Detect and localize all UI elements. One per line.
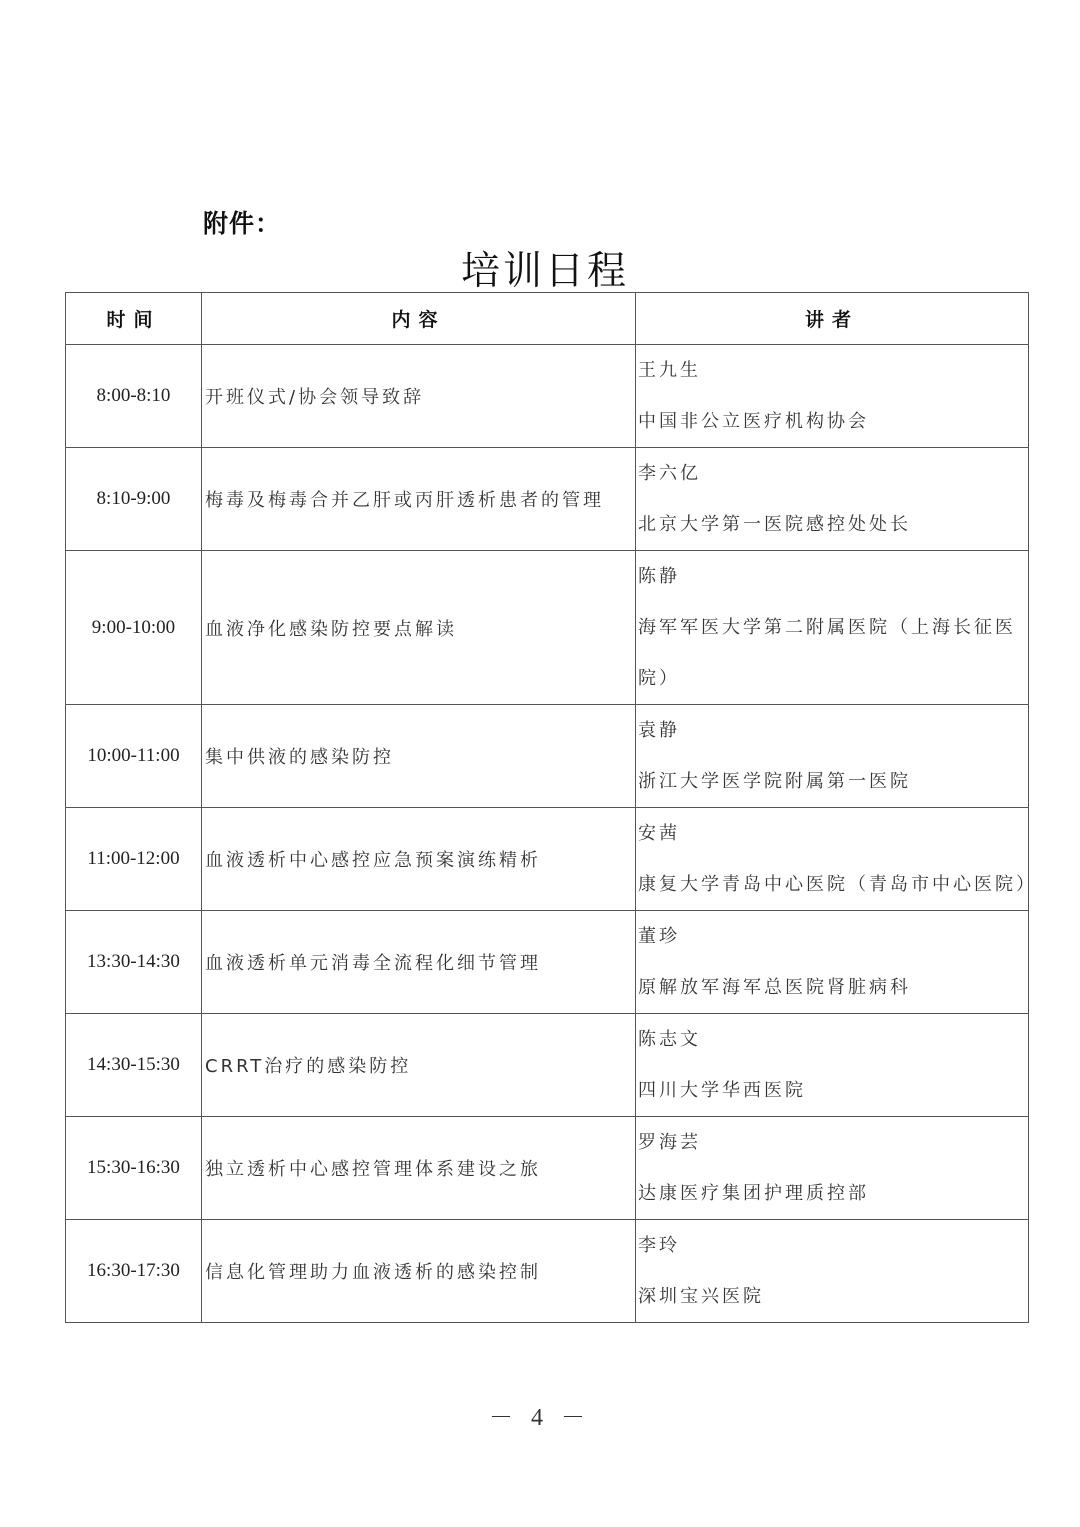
speaker-organization: 海军军医大学第二附属医院（上海长征医院） <box>638 602 1028 704</box>
table-row: 15:30-16:30独立透析中心感控管理体系建设之旅罗海芸达康医疗集团护理质控… <box>66 1117 1029 1220</box>
speaker-cell: 陈静海军军医大学第二附属医院（上海长征医院） <box>636 551 1029 705</box>
speaker-cell: 罗海芸达康医疗集团护理质控部 <box>636 1117 1029 1220</box>
schedule-table: 时间 内容 讲者 8:00-8:10开班仪式/协会领导致辞王九生中国非公立医疗机… <box>65 292 1029 1323</box>
session-topic: 梅毒及梅毒合并乙肝或丙肝透析患者的管理 <box>202 448 636 551</box>
session-topic: 血液透析中心感控应急预案演练精析 <box>202 808 636 911</box>
speaker-name: 王九生 <box>638 345 1028 396</box>
table-row: 10:00-11:00集中供液的感染防控袁静浙江大学医学院附属第一医院 <box>66 705 1029 808</box>
speaker-cell: 安茜康复大学青岛中心医院（青岛市中心医院） <box>636 808 1029 911</box>
session-topic: 血液透析单元消毒全流程化细节管理 <box>202 911 636 1014</box>
header-speaker: 讲者 <box>636 293 1029 345</box>
speaker-cell: 袁静浙江大学医学院附属第一医院 <box>636 705 1029 808</box>
table-row: 13:30-14:30血液透析单元消毒全流程化细节管理董珍原解放军海军总医院肾脏… <box>66 911 1029 1014</box>
session-time: 14:30-15:30 <box>66 1014 202 1117</box>
table-row: 8:00-8:10开班仪式/协会领导致辞王九生中国非公立医疗机构协会 <box>66 345 1029 448</box>
speaker-name: 陈静 <box>638 551 1028 602</box>
speaker-organization: 浙江大学医学院附属第一医院 <box>638 756 1028 807</box>
speaker-cell: 王九生中国非公立医疗机构协会 <box>636 345 1029 448</box>
speaker-name: 董珍 <box>638 911 1028 962</box>
session-time: 8:00-8:10 <box>66 345 202 448</box>
table-row: 11:00-12:00血液透析中心感控应急预案演练精析安茜康复大学青岛中心医院（… <box>66 808 1029 911</box>
speaker-organization: 四川大学华西医院 <box>638 1065 1028 1116</box>
session-topic: 开班仪式/协会领导致辞 <box>202 345 636 448</box>
table-row: 16:30-17:30信息化管理助力血液透析的感染控制李玲深圳宝兴医院 <box>66 1220 1029 1323</box>
speaker-cell: 陈志文四川大学华西医院 <box>636 1014 1029 1117</box>
attachment-label: 附件： <box>203 204 281 240</box>
session-time: 15:30-16:30 <box>66 1117 202 1220</box>
speaker-organization: 康复大学青岛中心医院（青岛市中心医院） <box>638 859 1028 910</box>
table-row: 8:10-9:00梅毒及梅毒合并乙肝或丙肝透析患者的管理李六亿北京大学第一医院感… <box>66 448 1029 551</box>
session-time: 9:00-10:00 <box>66 551 202 705</box>
session-topic: CRRT治疗的感染防控 <box>202 1014 636 1117</box>
speaker-name: 安茜 <box>638 808 1028 859</box>
speaker-name: 罗海芸 <box>638 1117 1028 1168</box>
session-time: 10:00-11:00 <box>66 705 202 808</box>
session-time: 8:10-9:00 <box>66 448 202 551</box>
session-time: 11:00-12:00 <box>66 808 202 911</box>
speaker-organization: 深圳宝兴医院 <box>638 1271 1028 1322</box>
speaker-cell: 董珍原解放军海军总医院肾脏病科 <box>636 911 1029 1014</box>
speaker-organization: 中国非公立医疗机构协会 <box>638 396 1028 447</box>
session-time: 16:30-17:30 <box>66 1220 202 1323</box>
table-row: 14:30-15:30CRRT治疗的感染防控陈志文四川大学华西医院 <box>66 1014 1029 1117</box>
speaker-organization: 原解放军海军总医院肾脏病科 <box>638 962 1028 1013</box>
page-title: 培训日程 <box>0 240 1080 296</box>
speaker-name: 李六亿 <box>638 448 1028 499</box>
speaker-name: 李玲 <box>638 1220 1028 1271</box>
header-time: 时间 <box>66 293 202 345</box>
speaker-organization: 达康医疗集团护理质控部 <box>638 1168 1028 1219</box>
session-topic: 集中供液的感染防控 <box>202 705 636 808</box>
table-header-row: 时间 内容 讲者 <box>66 293 1029 345</box>
header-content: 内容 <box>202 293 636 345</box>
table-row: 9:00-10:00血液净化感染防控要点解读陈静海军军医大学第二附属医院（上海长… <box>66 551 1029 705</box>
speaker-cell: 李玲深圳宝兴医院 <box>636 1220 1029 1323</box>
speaker-organization: 北京大学第一医院感控处处长 <box>638 499 1028 550</box>
speaker-cell: 李六亿北京大学第一医院感控处处长 <box>636 448 1029 551</box>
speaker-name: 陈志文 <box>638 1014 1028 1065</box>
page-number: － 4 － <box>0 1397 1080 1432</box>
session-topic: 独立透析中心感控管理体系建设之旅 <box>202 1117 636 1220</box>
session-topic: 信息化管理助力血液透析的感染控制 <box>202 1220 636 1323</box>
session-time: 13:30-14:30 <box>66 911 202 1014</box>
speaker-name: 袁静 <box>638 705 1028 756</box>
session-topic: 血液净化感染防控要点解读 <box>202 551 636 705</box>
